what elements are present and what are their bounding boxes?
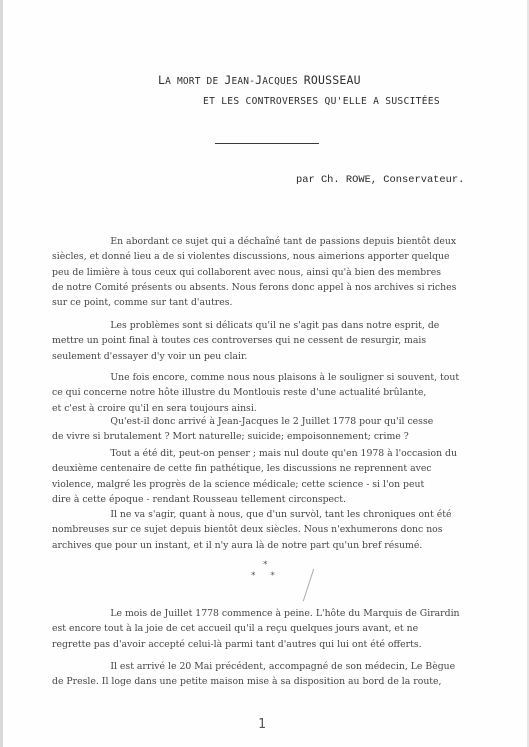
title-line-1: LA MORT DE JEAN-JACQUES ROUSSEAU (158, 73, 361, 87)
paragraph-4: Qu'est-il donc arrivé à Jean-Jacques le … (66, 414, 526, 445)
title-line-2: ET LES CONTROVERSES QU'ELLE A SUSCITÉES (203, 96, 440, 107)
title-separator-rule (215, 143, 319, 144)
author-byline: par Ch. ROWE, Conservateur. (296, 174, 464, 186)
paragraph-3: Une fois encore, comme nous nous plaison… (66, 370, 526, 416)
document-page: LA MORT DE JEAN-JACQUES ROUSSEAU ET LES … (0, 0, 529, 747)
paragraph-5: Tout a été dit, peut-on penser ; mais nu… (66, 446, 526, 507)
paragraph-7: Le mois de Juillet 1778 commence à peine… (66, 606, 526, 652)
paragraph-1: En abordant ce sujet qui a déchaîné tant… (66, 234, 526, 310)
section-break-star-top: * (263, 560, 268, 570)
section-break-stars-bottom: * * (251, 571, 281, 581)
scan-edge-left (0, 0, 3, 747)
page-number: 1 (258, 717, 266, 732)
paragraph-8: Il est arrivé le 20 Mai précédent, accom… (66, 659, 526, 690)
paragraph-2: Les problèmes sont si délicats qu'il ne … (66, 318, 526, 364)
scan-pen-mark (303, 569, 314, 602)
paragraph-6: Il ne va s'agir, quant à nous, que d'un … (66, 507, 526, 553)
